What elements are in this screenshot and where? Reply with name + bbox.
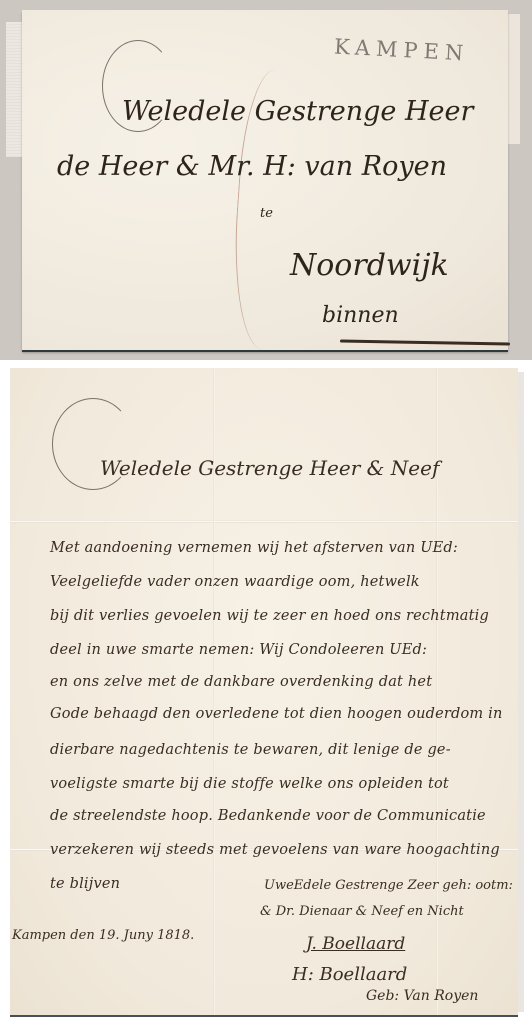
signature-geb-van-royen: Geb: Van Royen xyxy=(366,988,478,1004)
fold-line-horizontal xyxy=(10,520,518,523)
place-date: Kampen den 19. Juny 1818. xyxy=(12,928,194,943)
signature-j-boellaard: J. Boellaard xyxy=(306,934,405,954)
signature-h-boellaard: H: Boellaard xyxy=(292,964,407,985)
body-line: deel in uwe smarte nemen: Wij Condoleere… xyxy=(50,642,427,658)
body-line: de streelendste hoop. Bedankende voor de… xyxy=(50,808,486,824)
kampen-postmark: KAMPEN xyxy=(333,34,469,65)
letter-edge-shadow xyxy=(518,372,524,1012)
body-line: voeligste smarte bij die stoffe welke on… xyxy=(50,776,449,792)
body-line: dierbare nagedachtenis te bewaren, dit l… xyxy=(50,742,451,758)
body-line: bij dit verlies gevoelen wij te zeer en … xyxy=(50,608,489,624)
closing-line: UweEdele Gestrenge Zeer geh: ootm: xyxy=(264,878,513,893)
letter-page: Weledele Gestrenge Heer & Neef Met aando… xyxy=(10,368,518,1015)
body-line: Gode behaagd den overledene tot dien hoo… xyxy=(50,706,503,722)
cover-envelope: KAMPEN Weledele Gestrenge Heer de Heer &… xyxy=(22,10,508,350)
address-underline xyxy=(340,340,510,346)
body-line: te blijven xyxy=(50,876,120,892)
body-line: verzekeren wij steeds met gevoelens van … xyxy=(50,842,500,858)
body-line: Met aandoening vernemen wij het afsterve… xyxy=(50,540,458,556)
salutation: Weledele Gestrenge Heer & Neef xyxy=(100,456,439,480)
address-line-5: binnen xyxy=(322,303,399,328)
address-line-4: Noordwijk xyxy=(290,248,449,283)
body-line: en ons zelve met de dankbare overdenking… xyxy=(50,674,432,690)
address-line-1: Weledele Gestrenge Heer xyxy=(122,96,473,127)
closing-line: & Dr. Dienaar & Neef en Nicht xyxy=(260,904,464,919)
address-line-3: te xyxy=(260,206,273,221)
body-line: Veelgeliefde vader onzen waardige oom, h… xyxy=(50,574,420,590)
address-line-2: de Heer & Mr. H: van Royen xyxy=(57,151,447,182)
